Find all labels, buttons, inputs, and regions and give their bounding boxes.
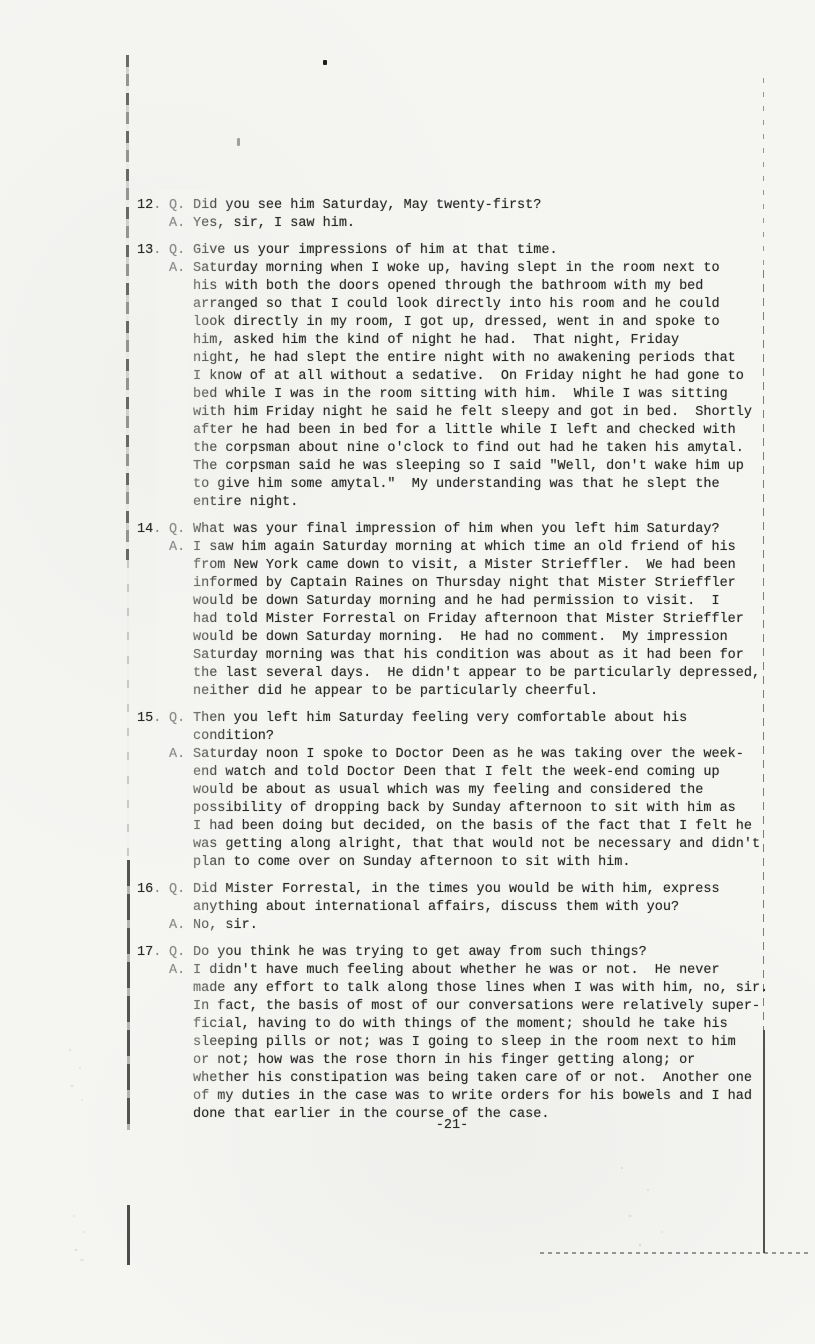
scan-left-edge-streak	[127, 560, 129, 860]
answer-label: A.	[169, 260, 193, 512]
scan-ink-speck	[237, 138, 240, 146]
question-text: Give us your impressions of him at that …	[193, 242, 558, 260]
item-number: 16.	[137, 881, 169, 935]
answer-text: I saw him again Saturday morning at whic…	[193, 539, 760, 701]
answer-text: No, sir.	[193, 917, 258, 935]
qa-item-12: 12. Q. Did you see him Saturday, May twe…	[137, 197, 802, 233]
question-text: Did you see him Saturday, May twenty-fir…	[193, 197, 541, 215]
question-text: Did Mister Forrestal, in the times you w…	[193, 881, 720, 917]
answer-text: Saturday morning when I woke up, having …	[193, 260, 752, 512]
scan-left-edge-streak	[127, 860, 130, 1130]
item-number: 15.	[137, 710, 169, 872]
question-label: Q.	[169, 710, 193, 746]
answer-label: A.	[169, 746, 193, 872]
scan-left-edge-streak	[126, 55, 129, 560]
question-text: Do you think he was trying to get away f…	[193, 944, 647, 962]
item-number: 17.	[137, 944, 169, 1124]
qa-item-14: 14. Q. What was your final impression of…	[137, 521, 802, 701]
answer-label: A.	[169, 917, 193, 935]
question-text: What was your final impression of him wh…	[193, 521, 720, 539]
transcript-content: 12. Q. Did you see him Saturday, May twe…	[137, 197, 802, 1133]
answer-label: A.	[169, 215, 193, 233]
question-label: Q.	[169, 881, 193, 917]
scan-ink-dot	[323, 60, 327, 65]
question-label: Q.	[169, 242, 193, 260]
qa-item-13: 13. Q. Give us your impressions of him a…	[137, 242, 802, 512]
item-number: 14.	[137, 521, 169, 701]
scanned-transcript-page: 12. Q. Did you see him Saturday, May twe…	[0, 0, 815, 1344]
page-number: -21-	[436, 1117, 468, 1135]
question-text: Then you left him Saturday feeling very …	[193, 710, 687, 746]
answer-label: A.	[169, 962, 193, 1124]
answer-text: Yes, sir, I saw him.	[193, 215, 355, 233]
scan-left-edge-streak	[127, 1205, 130, 1265]
scan-noise-patch	[64, 1208, 94, 1266]
item-number: 12.	[137, 197, 169, 233]
qa-item-15: 15. Q. Then you left him Saturday feelin…	[137, 710, 802, 872]
question-label: Q.	[169, 944, 193, 962]
answer-text: I didn't have much feeling about whether…	[193, 962, 768, 1124]
qa-item-17: 17. Q. Do you think he was trying to get…	[137, 944, 802, 1124]
answer-text: Saturday noon I spoke to Doctor Deen as …	[193, 746, 760, 872]
qa-item-16: 16. Q. Did Mister Forrestal, in the time…	[137, 881, 802, 935]
scan-noise-patch	[600, 1150, 690, 1255]
question-label: Q.	[169, 197, 193, 215]
item-number: 13.	[137, 242, 169, 512]
question-label: Q.	[169, 521, 193, 539]
answer-label: A.	[169, 539, 193, 701]
scan-noise-patch	[62, 1040, 92, 1110]
